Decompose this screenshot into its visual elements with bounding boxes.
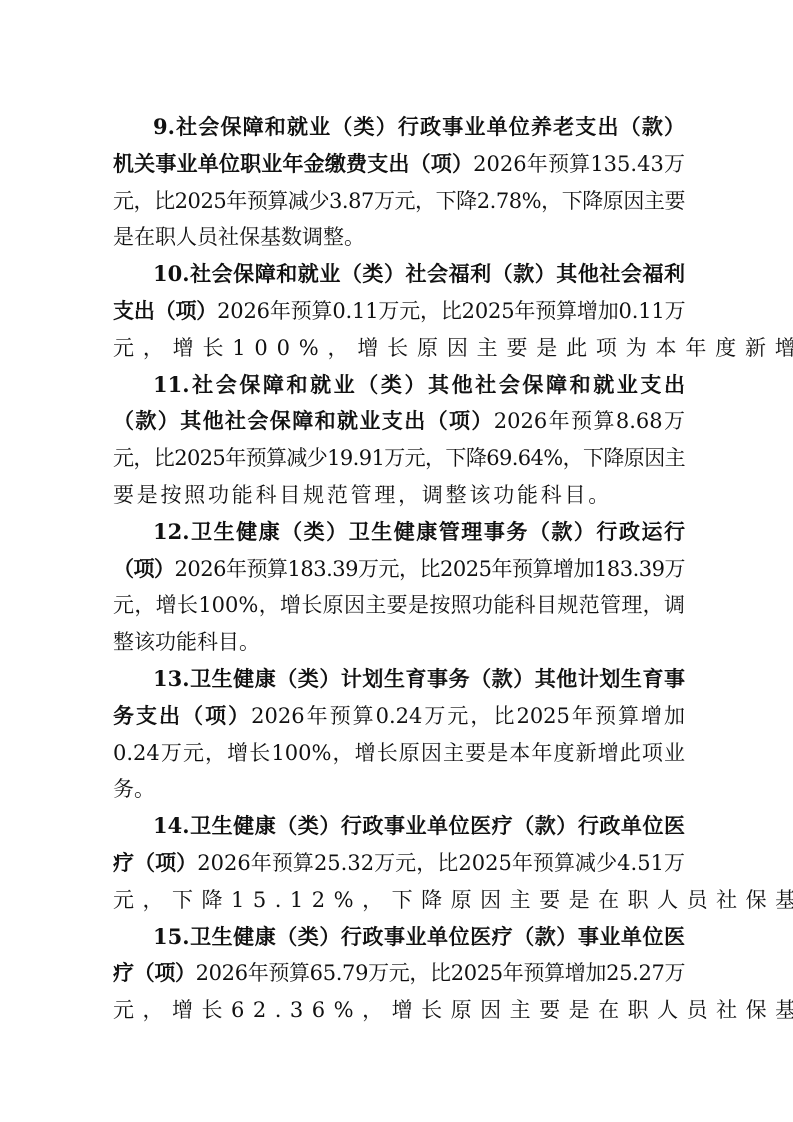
item-body-text: 元，增长62.36%，增长原因主要是在职人员社保基数调整。	[113, 998, 793, 1022]
text-line: 是在职人员社保基数调整。	[113, 219, 685, 256]
text-line: 11.社会保障和就业（类）其他社会保障和就业支出	[113, 367, 685, 404]
text-line: 15.卫生健康（类）行政事业单位医疗（款）事业单位医	[113, 919, 685, 956]
budget-item-paragraph-14: 14.卫生健康（类）行政事业单位医疗（款）行政单位医疗（项）2026年预算25.…	[113, 808, 685, 918]
item-body-text: 元，增长100%，增长原因主要是此项为本年度新增经费。	[113, 336, 793, 360]
budget-item-paragraph-11: 11.社会保障和就业（类）其他社会保障和就业支出（款）其他社会保障和就业支出（项…	[113, 367, 685, 514]
item-heading: 14.卫生健康（类）行政事业单位医疗（款）行政单位医	[153, 813, 685, 838]
text-line: 务支出（项）2026年预算0.24万元，比2025年预算增加	[113, 698, 685, 735]
item-heading-continued: （项）	[113, 556, 175, 581]
text-line: 14.卫生健康（类）行政事业单位医疗（款）行政单位医	[113, 808, 685, 845]
item-body-text: 务。	[113, 777, 155, 801]
item-body-text: 元，增长100%，增长原因主要是按照功能科目规范管理，调	[113, 593, 685, 617]
text-line: 疗（项）2026年预算65.79万元，比2025年预算增加25.27万	[113, 955, 685, 992]
item-heading-continued: 支出（项）	[113, 298, 217, 323]
item-body-text: 2026年预算135.43万	[473, 152, 685, 176]
item-heading: 15.卫生健康（类）行政事业单位医疗（款）事业单位医	[153, 924, 685, 949]
text-line: 元，比2025年预算减少19.91万元，下降69.64%，下降原因主	[113, 440, 685, 477]
item-body-text: 是在职人员社保基数调整。	[113, 225, 365, 249]
item-heading: 13.卫生健康（类）计划生育事务（款）其他计划生育事	[153, 666, 685, 691]
text-line: 元，下降15.12%，下降原因主要是在职人员社保基数调整。	[113, 882, 685, 919]
item-body-text: 2026年预算65.79万元，比2025年预算增加25.27万	[196, 961, 686, 985]
budget-item-paragraph-12: 12.卫生健康（类）卫生健康管理事务（款）行政运行（项）2026年预算183.3…	[113, 514, 685, 661]
text-line: 0.24万元，增长100%，增长原因主要是本年度新增此项业	[113, 735, 685, 772]
budget-item-paragraph-9: 9.社会保障和就业（类）行政事业单位养老支出（款）机关事业单位职业年金缴费支出（…	[113, 109, 685, 256]
item-body-text: 整该功能科目。	[113, 630, 260, 654]
item-heading: 9.社会保障和就业（类）行政事业单位养老支出（款）	[153, 114, 685, 139]
text-line: 支出（项）2026年预算0.11万元，比2025年预算增加0.11万	[113, 293, 685, 330]
text-line: 疗（项）2026年预算25.32万元，比2025年预算减少4.51万	[113, 845, 685, 882]
item-heading-continued: 疗（项）	[113, 850, 197, 875]
text-line: 要是按照功能科目规范管理，调整该功能科目。	[113, 477, 685, 514]
text-line: 整该功能科目。	[113, 624, 685, 661]
item-heading-continued: 疗（项）	[113, 960, 196, 985]
text-line: （款）其他社会保障和就业支出（项）2026年预算8.68万	[113, 403, 685, 440]
item-body-text: 元，比2025年预算减少19.91万元，下降69.64%，下降原因主	[113, 446, 685, 470]
item-heading: 12.卫生健康（类）卫生健康管理事务（款）行政运行	[153, 519, 685, 544]
item-heading: 11.社会保障和就业（类）其他社会保障和就业支出	[153, 372, 685, 397]
text-line: 12.卫生健康（类）卫生健康管理事务（款）行政运行	[113, 514, 685, 551]
text-line: 9.社会保障和就业（类）行政事业单位养老支出（款）	[113, 109, 685, 146]
text-line: 元，增长100%，增长原因主要是此项为本年度新增经费。	[113, 330, 685, 367]
budget-item-paragraph-15: 15.卫生健康（类）行政事业单位医疗（款）事业单位医疗（项）2026年预算65.…	[113, 919, 685, 1029]
item-heading-continued: （款）其他社会保障和就业支出（项）	[113, 408, 494, 433]
text-line: 务。	[113, 771, 685, 808]
item-body-text: 0.24万元，增长100%，增长原因主要是本年度新增此项业	[113, 741, 685, 765]
item-body-text: 2026年预算8.68万	[494, 409, 685, 433]
text-line: 元，比2025年预算减少3.87万元，下降2.78%，下降原因主要	[113, 183, 685, 220]
item-body-text: 2026年预算0.11万元，比2025年预算增加0.11万	[217, 299, 685, 323]
item-body-text: 2026年预算0.24万元，比2025年预算增加	[251, 704, 685, 728]
text-line: 10.社会保障和就业（类）社会福利（款）其他社会福利	[113, 256, 685, 293]
text-line: 元，增长62.36%，增长原因主要是在职人员社保基数调整。	[113, 992, 685, 1029]
item-heading: 10.社会保障和就业（类）社会福利（款）其他社会福利	[153, 261, 685, 286]
text-line: 元，增长100%，增长原因主要是按照功能科目规范管理，调	[113, 587, 685, 624]
item-heading-continued: 机关事业单位职业年金缴费支出（项）	[113, 151, 473, 176]
budget-item-paragraph-10: 10.社会保障和就业（类）社会福利（款）其他社会福利支出（项）2026年预算0.…	[113, 256, 685, 366]
item-body-text: 元，下降15.12%，下降原因主要是在职人员社保基数调整。	[113, 888, 793, 912]
item-body-text: 2026年预算25.32万元，比2025年预算减少4.51万	[197, 851, 685, 875]
item-body-text: 2026年预算183.39万元，比2025年预算增加183.39万	[175, 557, 685, 581]
item-body-text: 要是按照功能科目规范管理，调整该功能科目。	[113, 483, 612, 507]
text-line: 13.卫生健康（类）计划生育事务（款）其他计划生育事	[113, 661, 685, 698]
document-page: 9.社会保障和就业（类）行政事业单位养老支出（款）机关事业单位职业年金缴费支出（…	[113, 109, 685, 1029]
text-line: 机关事业单位职业年金缴费支出（项）2026年预算135.43万	[113, 146, 685, 183]
text-line: （项）2026年预算183.39万元，比2025年预算增加183.39万	[113, 551, 685, 588]
item-heading-continued: 务支出（项）	[113, 703, 251, 728]
budget-item-paragraph-13: 13.卫生健康（类）计划生育事务（款）其他计划生育事务支出（项）2026年预算0…	[113, 661, 685, 808]
item-body-text: 元，比2025年预算减少3.87万元，下降2.78%，下降原因主要	[113, 189, 685, 213]
